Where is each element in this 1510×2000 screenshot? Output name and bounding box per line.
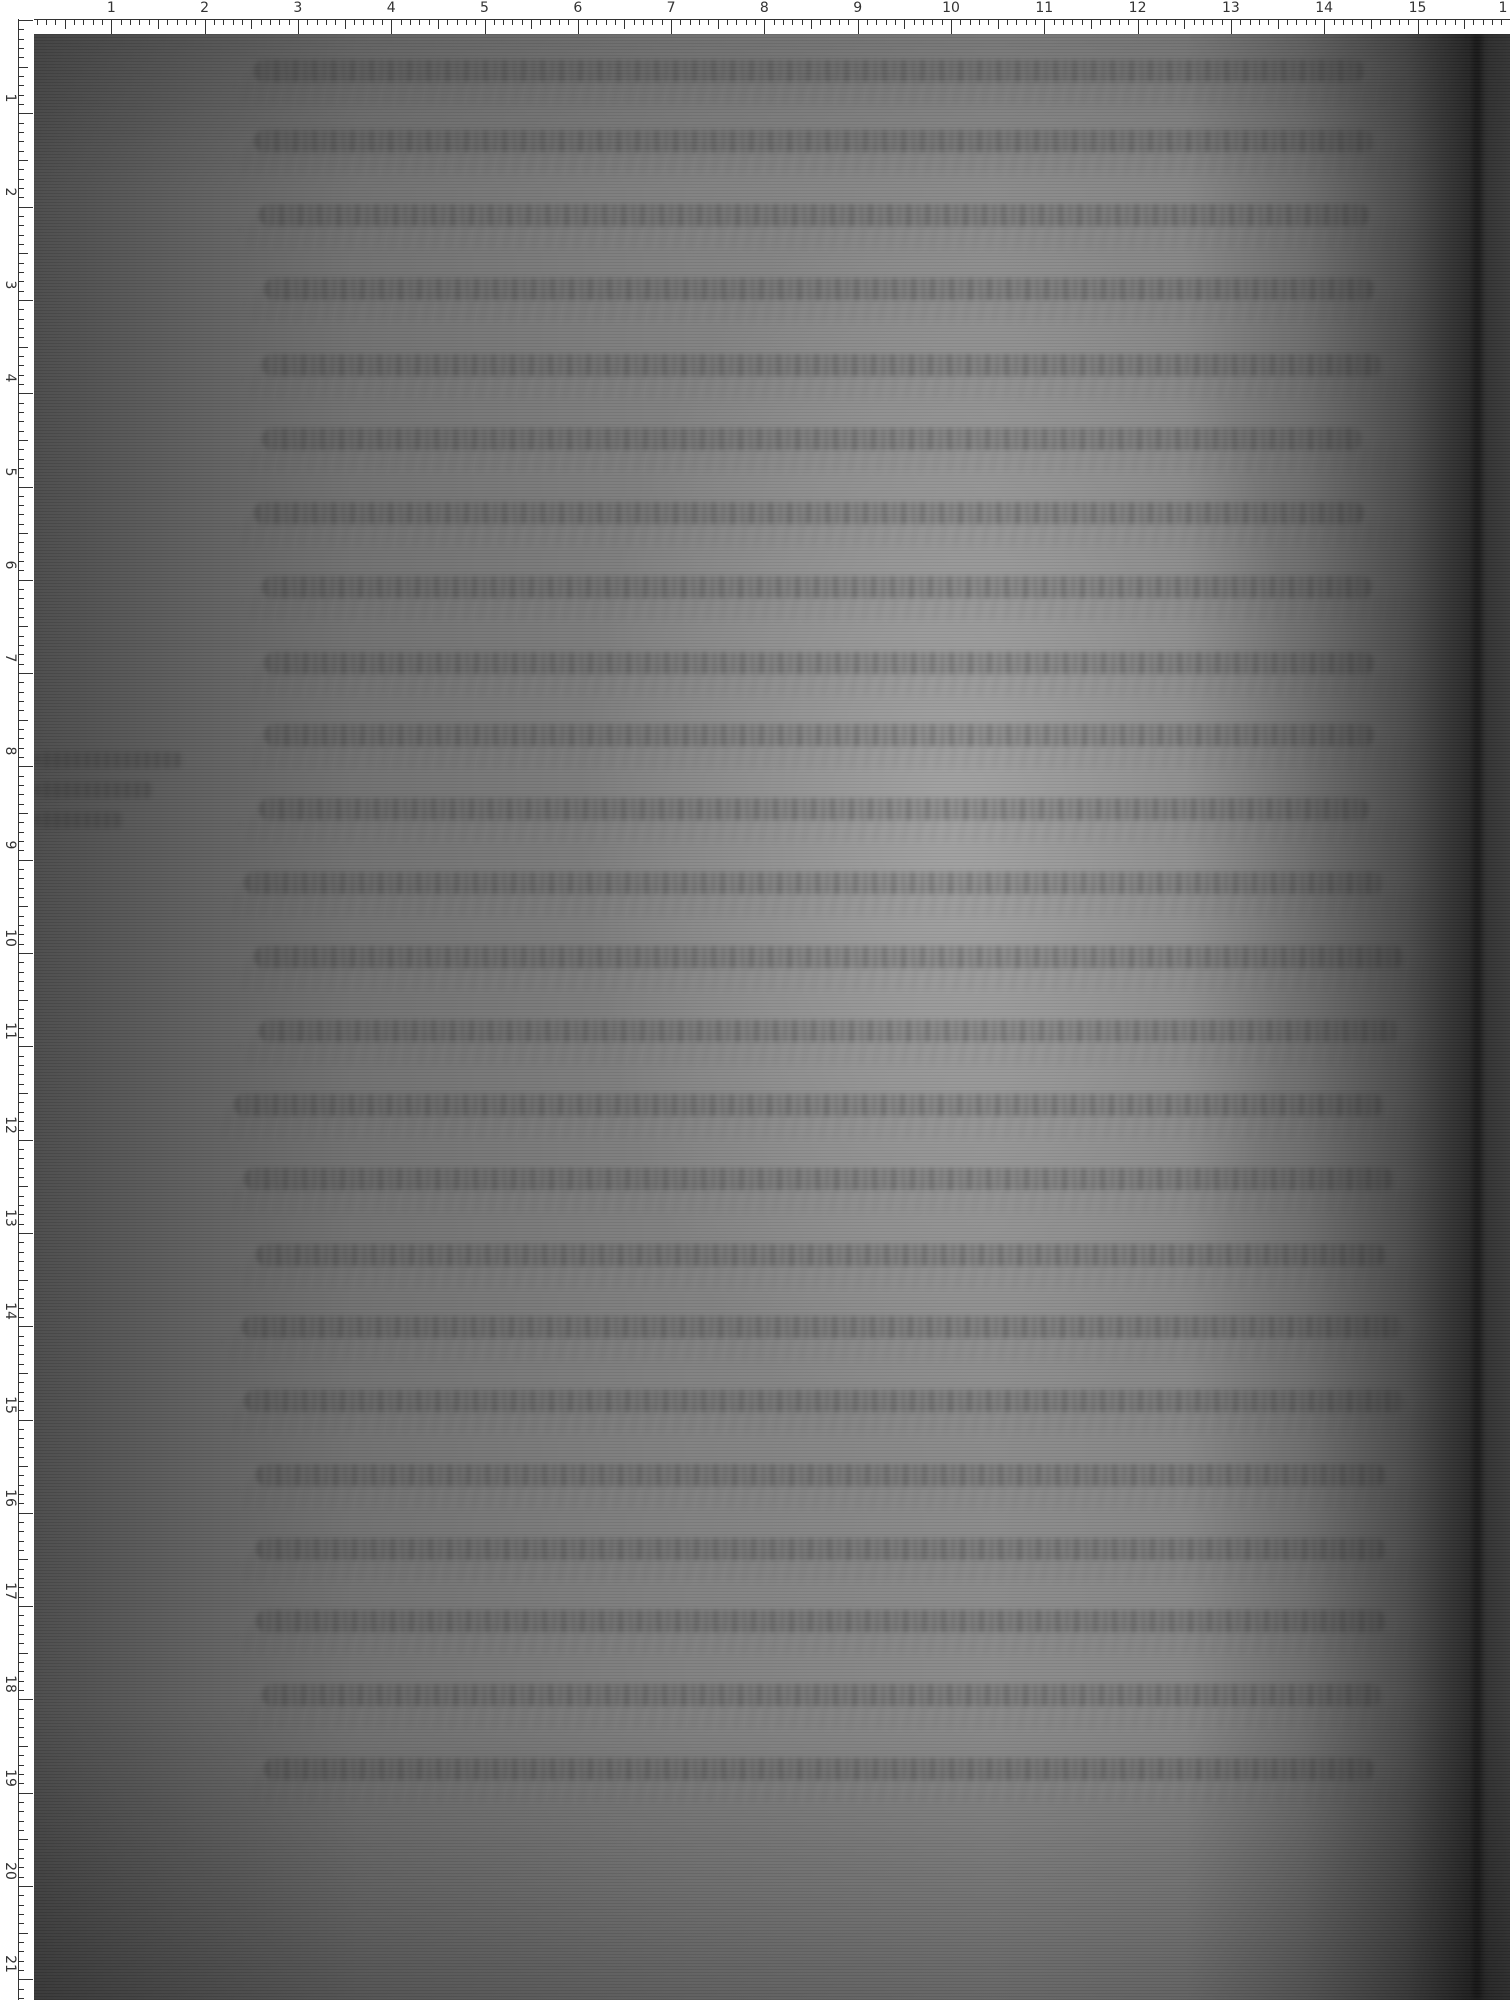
ruler-tick <box>1194 19 1195 25</box>
ruler-label: 6 <box>573 0 582 16</box>
ruler-tick <box>1100 19 1101 25</box>
ruler-tick <box>18 664 24 665</box>
ruler-tick <box>18 95 24 96</box>
ruler-tick <box>382 19 383 25</box>
ruler-tick <box>1455 19 1456 25</box>
ruler-tick <box>18 291 24 292</box>
ruler-tick <box>18 1989 24 1990</box>
ruler-tick <box>18 1261 24 1262</box>
ruler-tick <box>18 766 33 767</box>
manuscript-text-line <box>264 652 1374 674</box>
ruler-label: 17 <box>3 1582 17 1600</box>
ruler-tick <box>18 1130 24 1131</box>
ruler-tick <box>18 505 24 506</box>
ruler-tick <box>18 598 24 599</box>
ruler-tick <box>18 403 24 404</box>
ruler-tick <box>774 19 775 25</box>
ruler-label: 3 <box>293 0 302 16</box>
ruler-tick <box>18 794 24 795</box>
ruler-tick <box>18 160 28 161</box>
ruler-tick <box>18 1168 24 1169</box>
ruler-tick <box>18 1970 24 1971</box>
ruler-tick <box>18 1158 24 1159</box>
ruler-tick <box>18 869 24 870</box>
ruler-tick <box>699 19 700 25</box>
ruler-tick <box>475 19 476 25</box>
manuscript-text-line <box>254 946 1404 968</box>
manuscript-text-line <box>264 1758 1374 1780</box>
ruler-tick <box>18 1205 24 1206</box>
ruler-tick <box>18 235 24 236</box>
ruler-tick <box>391 19 392 34</box>
manuscript-text-line <box>262 1684 1382 1706</box>
ruler-label: 19 <box>3 1769 17 1787</box>
ruler-label: 5 <box>3 463 17 481</box>
ruler-tick <box>1380 19 1381 25</box>
ruler-tick <box>18 1886 33 1887</box>
ruler-tick <box>718 19 719 29</box>
ruler-tick <box>18 645 24 646</box>
manuscript-text-line <box>256 1244 1386 1266</box>
ruler-tick <box>18 29 24 30</box>
ruler-tick <box>531 19 532 29</box>
ruler-tick <box>18 738 24 739</box>
manuscript-text-line <box>259 1020 1399 1042</box>
ruler-tick <box>18 123 24 124</box>
ruler-tick <box>942 19 943 25</box>
ruler-label: 1 <box>1499 0 1508 16</box>
ruler-tick <box>447 19 448 25</box>
ruler-tick <box>18 636 24 637</box>
ruler-tick <box>970 19 971 25</box>
ruler-tick <box>18 365 24 366</box>
ruler-tick <box>18 561 24 562</box>
ruler-tick <box>18 272 24 273</box>
ruler-tick <box>18 1811 24 1812</box>
ruler-tick <box>18 1718 24 1719</box>
ruler-tick <box>18 850 24 851</box>
ruler-tick <box>18 1905 24 1906</box>
ruler-tick <box>1128 19 1129 25</box>
ruler-tick <box>18 776 24 777</box>
ruler-tick <box>18 1102 24 1103</box>
ruler-tick <box>18 1084 24 1085</box>
ruler-tick <box>18 1867 24 1868</box>
ruler-tick <box>18 1140 33 1141</box>
ruler-tick <box>1184 19 1185 29</box>
ruler-tick <box>18 496 24 497</box>
ruler-tick <box>18 179 24 180</box>
ruler-label: 2 <box>200 0 209 16</box>
ruler-tick <box>18 169 24 170</box>
ruler-tick <box>18 328 24 329</box>
ruler-tick <box>18 1149 24 1150</box>
ruler-tick <box>802 19 803 25</box>
ruler-tick <box>18 944 24 945</box>
ruler-tick <box>867 19 868 25</box>
ruler-tick <box>792 19 793 25</box>
ruler-tick <box>1082 19 1083 25</box>
ruler-tick <box>158 19 159 29</box>
ruler-tick <box>18 375 24 376</box>
ruler-tick <box>811 19 812 29</box>
ruler-tick <box>18 934 24 935</box>
ruler-tick <box>18 1830 24 1831</box>
ruler-label: 8 <box>760 0 769 16</box>
manuscript-text-line <box>244 1390 1404 1412</box>
ruler-tick <box>18 1000 28 1001</box>
ruler-tick <box>149 19 150 25</box>
ruler-tick <box>1390 19 1391 25</box>
ruler-tick <box>783 19 784 25</box>
ruler-tick <box>55 19 56 25</box>
ruler-tick <box>895 19 896 25</box>
manuscript-text-line <box>259 204 1369 226</box>
ruler-tick <box>1138 19 1139 34</box>
manuscript-text-line <box>262 576 1372 598</box>
ruler-tick <box>18 431 24 432</box>
ruler-label: 6 <box>3 556 17 574</box>
ruler-tick <box>18 1074 24 1075</box>
ruler-tick <box>932 19 933 25</box>
ruler-tick <box>18 300 33 301</box>
ruler-tick <box>494 19 495 25</box>
ruler-label: 14 <box>3 1302 17 1320</box>
ruler-label: 15 <box>1409 0 1427 16</box>
ruler-tick <box>18 1270 24 1271</box>
ruler-tick <box>18 1485 24 1486</box>
ruler-tick <box>18 1522 24 1523</box>
ruler-tick <box>242 19 243 25</box>
ruler-tick <box>1222 19 1223 25</box>
ruler-tick <box>755 19 756 25</box>
ruler-label: 14 <box>1315 0 1333 16</box>
ruler-tick <box>363 19 364 25</box>
ruler-label: 3 <box>3 276 17 294</box>
ruler-tick <box>18 589 24 590</box>
ruler-tick <box>839 19 840 25</box>
ruler-tick <box>690 19 691 25</box>
ruler-tick <box>18 1475 24 1476</box>
ruler-tick <box>18 1028 24 1029</box>
ruler-label: 5 <box>480 0 489 16</box>
ruler-label: 13 <box>1222 0 1240 16</box>
ruler-tick <box>1501 19 1502 25</box>
ruler-tick <box>1352 19 1353 25</box>
ruler-tick <box>1362 19 1363 25</box>
ruler-tick <box>18 1438 24 1439</box>
ruler-tick <box>457 19 458 25</box>
ruler-tick <box>18 113 33 114</box>
ruler-tick <box>18 225 24 226</box>
ruler-label: 18 <box>3 1675 17 1693</box>
ruler-tick <box>1287 19 1288 25</box>
top-ruler: 01234567891011121314151 <box>0 0 1510 34</box>
ruler-tick <box>643 19 644 25</box>
ruler-tick <box>18 1177 24 1178</box>
ruler-tick <box>18 309 24 310</box>
ruler-tick <box>1464 19 1465 29</box>
ruler-tick <box>923 19 924 25</box>
ruler-tick <box>1212 19 1213 25</box>
ruler-tick <box>18 981 24 982</box>
ruler-tick <box>298 19 299 34</box>
ruler-tick <box>18 440 28 441</box>
ruler-tick <box>18 85 24 86</box>
ruler-tick <box>18 1774 24 1775</box>
ruler-tick <box>18 701 24 702</box>
ruler-tick <box>18 1252 24 1253</box>
ruler-tick <box>18 1121 24 1122</box>
ruler-tick <box>18 1382 24 1383</box>
ruler-tick <box>18 1513 33 1514</box>
ruler-tick <box>270 19 271 25</box>
ruler-tick <box>18 1671 24 1672</box>
ruler-tick <box>18 1233 33 1234</box>
ruler-tick <box>18 1186 28 1187</box>
ruler-tick <box>18 1895 24 1896</box>
ruler-tick <box>979 19 980 25</box>
ruler-tick <box>1278 19 1279 29</box>
ruler-tick <box>261 19 262 25</box>
ruler-tick <box>988 19 989 25</box>
ruler-tick <box>1306 19 1307 25</box>
ruler-tick <box>18 1587 24 1588</box>
ruler-tick <box>18 347 28 348</box>
ruler-tick <box>139 19 140 25</box>
ruler-tick <box>18 1634 24 1635</box>
ruler-tick <box>167 19 168 25</box>
ruler-tick <box>251 19 252 29</box>
ruler-tick <box>18 1727 24 1728</box>
ruler-tick <box>18 570 24 571</box>
ruler-tick <box>317 19 318 25</box>
ruler-tick <box>559 19 560 25</box>
ruler-tick <box>18 188 24 189</box>
ruler-tick <box>186 19 187 25</box>
ruler-label: 16 <box>3 1489 17 1507</box>
ruler-tick <box>18 533 28 534</box>
gutter-shadow <box>1472 34 1482 2000</box>
ruler-tick <box>858 19 859 34</box>
ruler-tick <box>1026 19 1027 25</box>
ruler-tick <box>65 19 66 29</box>
ruler-tick <box>18 822 24 823</box>
ruler-tick <box>18 1364 24 1365</box>
ruler-tick <box>18 1018 24 1019</box>
ruler-tick <box>438 19 439 29</box>
ruler-tick <box>727 19 728 25</box>
ruler-tick <box>18 608 24 609</box>
ruler-tick <box>830 19 831 25</box>
ruler-tick <box>1054 19 1055 25</box>
ruler-tick <box>1334 19 1335 25</box>
ruler-tick <box>18 20 33 21</box>
ruler-tick <box>18 57 24 58</box>
ruler-tick <box>18 1755 24 1756</box>
ruler-tick <box>634 19 635 25</box>
ruler-tick <box>1324 19 1325 34</box>
ruler-tick <box>998 19 999 29</box>
ruler-tick <box>345 19 346 29</box>
manuscript-text-line <box>256 1538 1386 1560</box>
ruler-tick <box>18 421 24 422</box>
ruler-tick <box>111 19 112 34</box>
ruler-tick <box>1016 19 1017 25</box>
ruler-tick <box>550 19 551 25</box>
ruler-tick <box>466 19 467 25</box>
ruler-tick <box>1315 19 1316 25</box>
ruler-tick <box>1343 19 1344 25</box>
ruler-tick <box>18 1643 24 1644</box>
ruler-tick <box>18 263 24 264</box>
ruler-tick <box>18 1392 24 1393</box>
ruler-tick <box>18 1196 24 1197</box>
ruler-tick <box>214 19 215 25</box>
ruler-label: 7 <box>667 0 676 16</box>
ruler-tick <box>429 19 430 25</box>
ruler-tick <box>18 1317 24 1318</box>
ruler-tick <box>18 1410 24 1411</box>
ruler-tick <box>18 1662 24 1663</box>
ruler-tick <box>18 1625 24 1626</box>
ruler-tick <box>205 19 206 34</box>
ruler-tick <box>1035 19 1036 25</box>
ruler-label: 11 <box>3 1022 17 1040</box>
ruler-tick <box>886 19 887 25</box>
ruler-tick <box>410 19 411 25</box>
ruler-tick <box>18 654 24 655</box>
ruler-tick <box>18 1681 24 1682</box>
ruler-tick <box>18 888 24 889</box>
ruler-tick <box>18 1056 24 1057</box>
ruler-tick <box>18 1550 24 1551</box>
ruler-tick <box>1007 19 1008 25</box>
ruler-tick <box>18 1839 28 1840</box>
ruler-tick <box>18 197 24 198</box>
ruler-tick <box>18 39 24 40</box>
ruler-tick <box>848 19 849 25</box>
ruler-tick <box>1072 19 1073 25</box>
ruler-tick <box>671 19 672 34</box>
ruler-tick <box>624 19 625 29</box>
ruler-tick <box>18 1606 33 1607</box>
ruler-tick <box>1418 19 1419 34</box>
ruler-tick <box>18 1046 33 1047</box>
ruler-tick <box>18 1345 24 1346</box>
ruler-tick <box>18 1765 24 1766</box>
ruler-tick <box>578 19 579 34</box>
ruler-tick <box>18 673 33 674</box>
ruler-tick <box>74 19 75 25</box>
ruler-tick <box>18 1858 24 1859</box>
ruler-tick <box>746 19 747 25</box>
left-ruler: 123456789101112131415161718192021 <box>0 0 34 2000</box>
ruler-tick <box>18 1793 33 1794</box>
ruler-tick <box>18 552 24 553</box>
manuscript-text-line <box>264 278 1374 300</box>
ruler-tick <box>18 141 24 142</box>
ruler-tick <box>18 1373 28 1374</box>
ruler-label: 4 <box>3 369 17 387</box>
ruler-tick <box>46 19 47 25</box>
ruler-tick <box>18 1961 24 1962</box>
ruler-tick <box>18 1112 24 1113</box>
ruler-tick <box>18 1615 24 1616</box>
ruler-tick <box>18 477 24 478</box>
ruler-tick <box>18 1802 24 1803</box>
ruler-tick <box>18 617 24 618</box>
ruler-tick <box>18 393 33 394</box>
ruler-tick <box>373 19 374 25</box>
ruler-tick <box>1259 19 1260 25</box>
ruler-tick <box>18 1942 24 1943</box>
ruler-tick <box>18 281 24 282</box>
ruler-tick <box>951 19 952 34</box>
ruler-tick <box>18 468 24 469</box>
manuscript-text-line <box>234 1094 1384 1116</box>
ruler-tick <box>18 748 24 749</box>
ruler-tick <box>18 384 24 385</box>
ruler-tick <box>18 580 33 581</box>
ruler-tick <box>279 19 280 25</box>
ruler-tick <box>18 1242 24 1243</box>
ruler-tick <box>18 412 24 413</box>
ruler-tick <box>820 19 821 25</box>
ruler-tick <box>662 19 663 25</box>
ruler-label: 10 <box>3 929 17 947</box>
ruler-tick <box>18 785 24 786</box>
manuscript-text-line <box>264 724 1374 746</box>
ruler-tick <box>18 67 28 68</box>
ruler-tick <box>18 1569 24 1570</box>
manuscript-text-line <box>256 1464 1386 1486</box>
ruler-label: 4 <box>387 0 396 16</box>
ruler-tick <box>18 459 24 460</box>
ruler-label: 13 <box>3 1209 17 1227</box>
ruler-tick <box>1240 19 1241 25</box>
manuscript-text-line <box>259 798 1369 820</box>
ruler-label: 8 <box>3 742 17 760</box>
ruler-tick <box>18 757 24 758</box>
ruler-tick <box>121 19 122 25</box>
manuscript-text-line <box>256 1610 1386 1632</box>
ruler-tick <box>18 1289 24 1290</box>
ruler-tick <box>18 1298 24 1299</box>
ruler-tick <box>606 19 607 25</box>
ruler-tick <box>18 953 33 954</box>
ruler-tick <box>335 19 336 25</box>
ruler-tick <box>1091 19 1092 29</box>
ruler-tick <box>1110 19 1111 25</box>
ruler-tick <box>1156 19 1157 25</box>
ruler-tick <box>177 19 178 25</box>
ruler-tick <box>223 19 224 25</box>
ruler-tick <box>1427 19 1428 25</box>
margin-note-line <box>34 782 154 798</box>
ruler-tick <box>18 1914 24 1915</box>
ruler-tick <box>18 1690 24 1691</box>
ruler-tick <box>18 319 24 320</box>
ruler-tick <box>419 19 420 25</box>
ruler-tick <box>1119 19 1120 25</box>
ruler-tick <box>18 1923 24 1924</box>
ruler-tick <box>18 1457 24 1458</box>
ruler-tick <box>1250 19 1251 25</box>
ruler-tick <box>18 524 24 525</box>
ruler-tick <box>18 720 28 721</box>
ruler-tick <box>1399 19 1400 25</box>
